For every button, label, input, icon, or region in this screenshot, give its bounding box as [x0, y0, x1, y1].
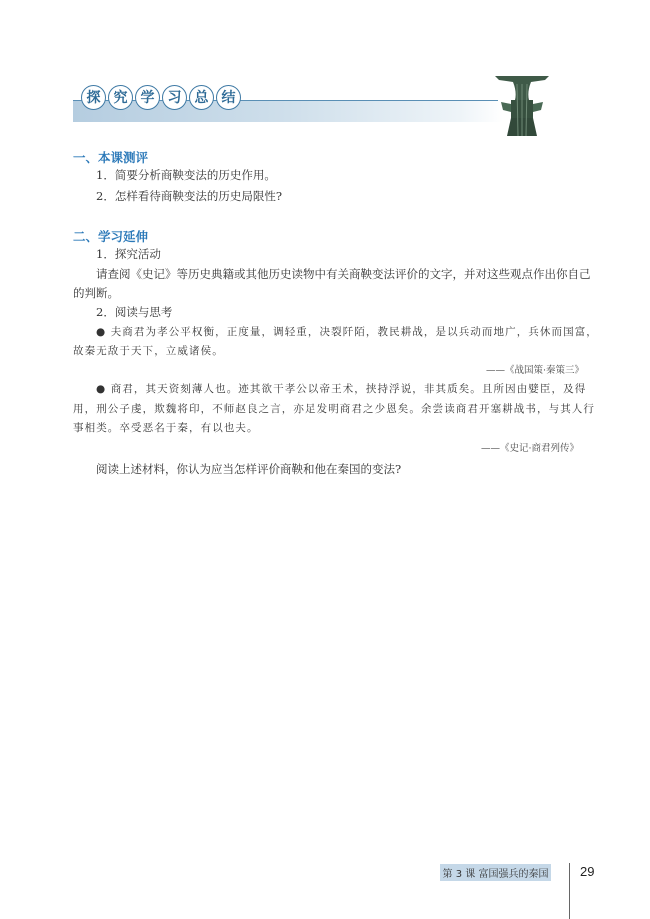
- bronze-vessel-image: [487, 70, 557, 142]
- quote-line: 事相类。卒受恶名于秦，有以也夫。: [73, 420, 259, 435]
- activity-text: 的判断。: [73, 285, 119, 301]
- section-heading-assessment: 一、本课测评: [73, 148, 148, 166]
- reading-title: 2．阅读与思考: [96, 304, 172, 320]
- lesson-label: 第 3 课 富国强兵的秦国: [440, 864, 551, 881]
- quote-line: ● 夫商君为孝公平权衡，正度量，调轻重，决裂阡陌，教民耕战，是以兵动而地广，兵休…: [96, 324, 598, 339]
- section-banner: 探 究 学 习 总 结: [73, 92, 503, 122]
- quote-source: ——《史记·商君列传》: [481, 440, 579, 454]
- banner-char: 学: [135, 85, 160, 110]
- assessment-question-1: 1．简要分析商鞅变法的历史作用。: [96, 167, 276, 183]
- activity-text: 请查阅《史记》等历史典籍或其他历史读物中有关商鞅变法评价的文字，并对这些观点作出…: [96, 266, 591, 282]
- banner-title: 探 究 学 习 总 结: [81, 85, 241, 110]
- quote-line: 用，刑公子虔，欺魏将印，不师赵良之言，亦足发明商君之少恩矣。余尝读商君开塞耕战书…: [73, 401, 595, 416]
- banner-char: 究: [108, 85, 133, 110]
- banner-char: 总: [189, 85, 214, 110]
- banner-char: 习: [162, 85, 187, 110]
- reflection-question: 阅读上述材料，你认为应当怎样评价商鞅和他在秦国的变法?: [96, 461, 401, 477]
- footer-divider: [569, 863, 570, 919]
- banner-char: 探: [81, 85, 106, 110]
- quote-source: ——《战国策·秦策三》: [486, 362, 584, 376]
- banner-char: 结: [216, 85, 241, 110]
- page-number: 29: [580, 864, 594, 879]
- quote-line: 故秦无敌于天下，立威诸侯。: [73, 343, 224, 358]
- assessment-question-2: 2．怎样看待商鞅变法的历史局限性?: [96, 188, 282, 204]
- activity-title: 1．探究活动: [96, 246, 161, 262]
- quote-line: ● 商君，其天资刻薄人也。迹其欲干孝公以帝王术，挟持浮说，非其质矣。且所因由嬖臣…: [96, 381, 586, 396]
- section-heading-extension: 二、学习延伸: [73, 227, 148, 245]
